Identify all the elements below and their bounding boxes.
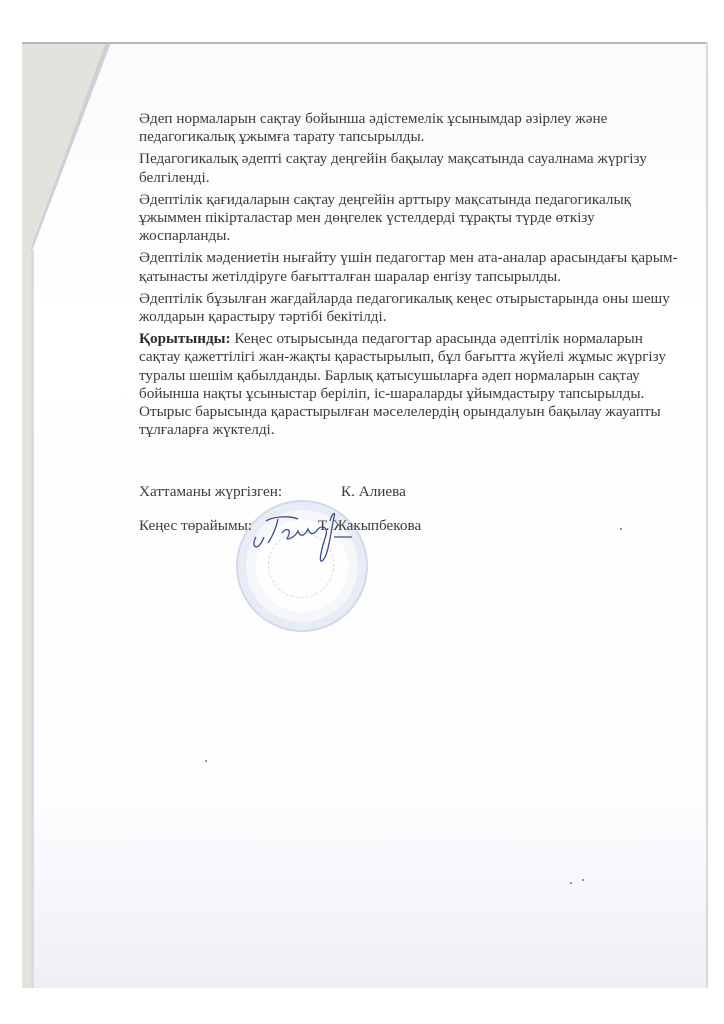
scan-speck [570,882,572,884]
conclusion-label: Қорытынды: [139,330,231,347]
paragraph-5: Әдептілік бұзылған жағдайларда педагогик… [139,290,679,326]
scan-speck [582,879,584,881]
paragraph-1: Әдеп нормаларын сақтау бойынша әдістемел… [139,110,679,146]
scan-speck [620,528,622,530]
secretary-label: Хаттаманы жүргізген: [139,483,282,501]
document-body: Әдеп нормаларын сақтау бойынша әдістемел… [139,110,679,443]
paper-top-edge [22,42,708,44]
scan-speck [205,760,207,762]
paper-right-edge [706,42,708,988]
paragraph-3: Әдептілік қағидаларын сақтау деңгейін ар… [139,191,679,246]
paragraph-4: Әдептілік мәдениетін нығайту үшін педаго… [139,249,679,285]
secretary-name: К. Алиева [341,483,406,501]
paragraph-2: Педагогикалық әдепті сақтау деңгейін бақ… [139,150,679,186]
conclusion-paragraph: Қорытынды: Кеңес отырысында педагогтар а… [139,330,679,439]
chair-label: Кеңес төрайымы: [139,517,252,535]
handwritten-signature-icon [248,507,358,569]
paper-left-edge [31,250,34,988]
